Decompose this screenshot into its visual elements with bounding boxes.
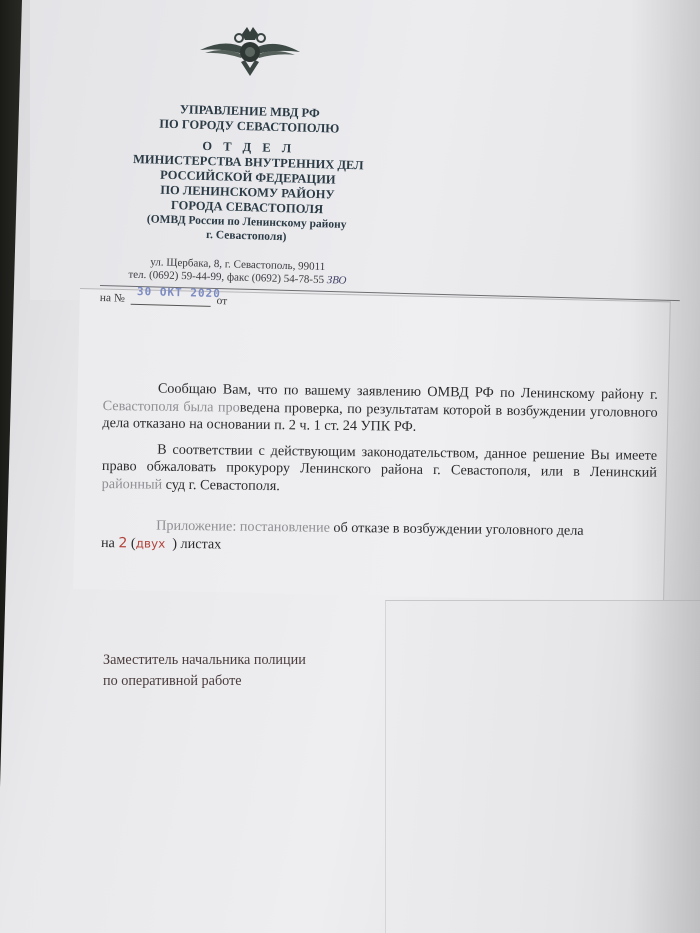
letterhead: УПРАВЛЕНИЕ МВД РФ ПО ГОРОДУ СЕВАСТОПОЛЮ … bbox=[96, 100, 400, 247]
signatory-title: Заместитель начальника полиции bbox=[103, 650, 306, 671]
handwritten-page-count-words: двух bbox=[136, 536, 166, 550]
reference-prefix: на № bbox=[100, 292, 125, 305]
reference-number-field: 30 ОКТ 2020 bbox=[131, 291, 211, 307]
handwritten-page-count: 2 bbox=[118, 535, 127, 551]
date-stamp: 30 ОКТ 2020 bbox=[137, 285, 221, 300]
handwritten-mark: ЗВО bbox=[327, 274, 347, 287]
letter-body: Сообщаю Вам, что по вашему заявлению ОМВ… bbox=[101, 380, 658, 559]
paragraph-appeal-rights: В соответствии с действующим законодател… bbox=[102, 440, 658, 499]
signature-block: Заместитель начальника полиции по операт… bbox=[103, 650, 306, 692]
mvd-eagle-emblem-icon bbox=[195, 22, 305, 82]
paragraph-notification: Сообщаю Вам, что по вашему заявлению ОМВ… bbox=[102, 380, 658, 439]
signatory-title: по оперативной работе bbox=[103, 671, 306, 692]
